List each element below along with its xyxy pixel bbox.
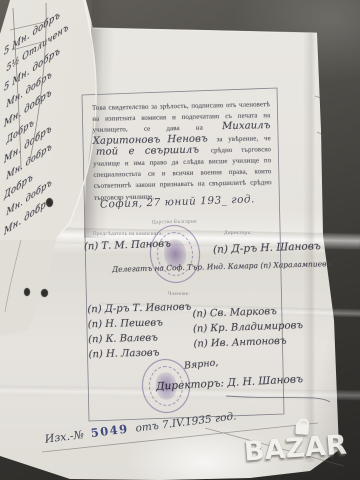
punch-hole — [46, 198, 53, 207]
certificate-body-paragraph: Това свидетелство за зрѣлость, подписано… — [92, 99, 272, 203]
member-signature: (п) Д-ръ Т. Ивановъ — [87, 300, 191, 318]
photo-of-certificate: 5 Мн. добръ 5½ Отличенъ 5 Мн. добръ Мн. … — [0, 0, 360, 480]
director-label: Директоръ: — [224, 230, 252, 236]
members-column-left: (п) Д-ръ Т. Ивановъ (п) Н. Пешевъ (п) К.… — [87, 300, 192, 363]
shopping-bag-icon — [295, 423, 309, 435]
punch-hole — [24, 288, 30, 296]
punch-hole — [41, 289, 48, 297]
reference-number: 5049 — [90, 422, 129, 441]
handwritten-insert: той е свършилъ — [96, 144, 199, 157]
printed-text: за увѣрение, че — [216, 135, 270, 143]
watermark-text: BAZAR — [243, 429, 348, 467]
chair-label: Предсѣдатель на комисията: — [93, 231, 163, 237]
reference-prefix: Изх.-№ — [44, 428, 85, 446]
members-label: Членове: — [168, 291, 190, 297]
members-column-right: (п) Св. Марковъ (п) Кр. Владимировъ (п) … — [192, 303, 304, 352]
member-signature: (п) Н. Лазовъ — [88, 345, 192, 363]
bazar-watermark: BAZAR — [243, 429, 348, 467]
